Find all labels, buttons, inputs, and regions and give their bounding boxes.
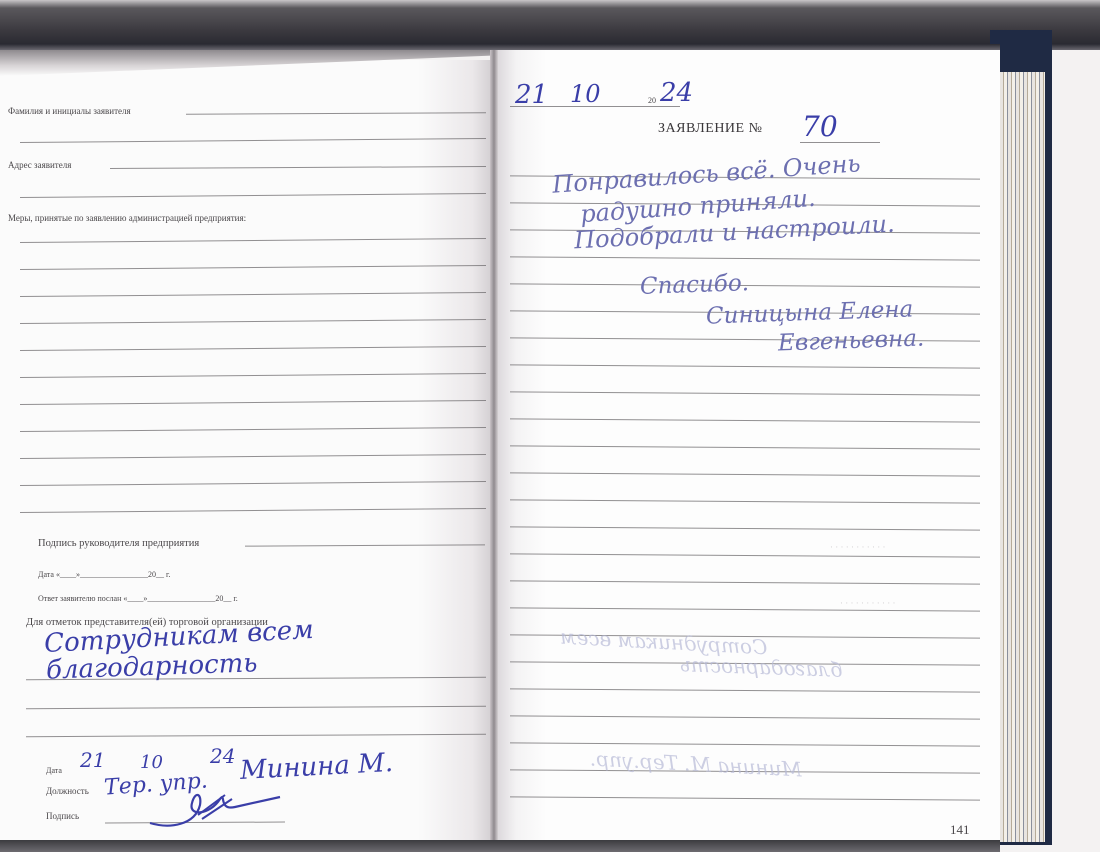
position-label: Должность: [46, 786, 89, 796]
scanner-bottom-shadow: [0, 840, 1000, 852]
left-page: [0, 60, 492, 842]
header-date-month: 10: [570, 80, 601, 108]
measures-taken-label: Меры, принятые по заявлению администраци…: [8, 213, 246, 223]
date-day-handwritten: 21: [80, 748, 105, 772]
statement-title: ЗАЯВЛЕНИЕ №: [658, 121, 762, 137]
statement-body-line: Спасибо.: [640, 270, 750, 300]
applicant-name-label: Фамилия и инициалы заявителя: [8, 106, 131, 116]
date-line-label: Дата «____»_________________20__ г.: [38, 570, 170, 579]
statement-number: 70: [802, 110, 838, 143]
page-number: 141: [950, 822, 970, 838]
date-year-handwritten: 24: [210, 744, 235, 768]
date-label: Дата: [46, 766, 62, 775]
manager-signature-label: Подпись руководителя предприятия: [38, 538, 199, 549]
date-month-handwritten: 10: [140, 752, 163, 773]
bleed-through-print: · · · · · · · · · · ·: [840, 598, 895, 608]
bleed-through-print: · · · · · · · · · · ·: [830, 542, 885, 552]
reply-sent-label: Ответ заявителю послан «____»___________…: [38, 594, 238, 603]
signature-label: Подпись: [46, 811, 79, 821]
book-gutter: [490, 50, 498, 842]
header-date-year: 24: [660, 78, 693, 108]
signature-scribble-icon: [140, 785, 290, 830]
statement-body-line: Евгеньевна.: [778, 325, 925, 356]
header-date-day: 21: [515, 80, 548, 110]
scanner-top-shadow: [0, 0, 1100, 50]
applicant-address-label: Адрес заявителя: [8, 160, 71, 170]
page-stack-edges: [1000, 72, 1045, 842]
header-date-year-prefix: 20: [648, 96, 656, 105]
